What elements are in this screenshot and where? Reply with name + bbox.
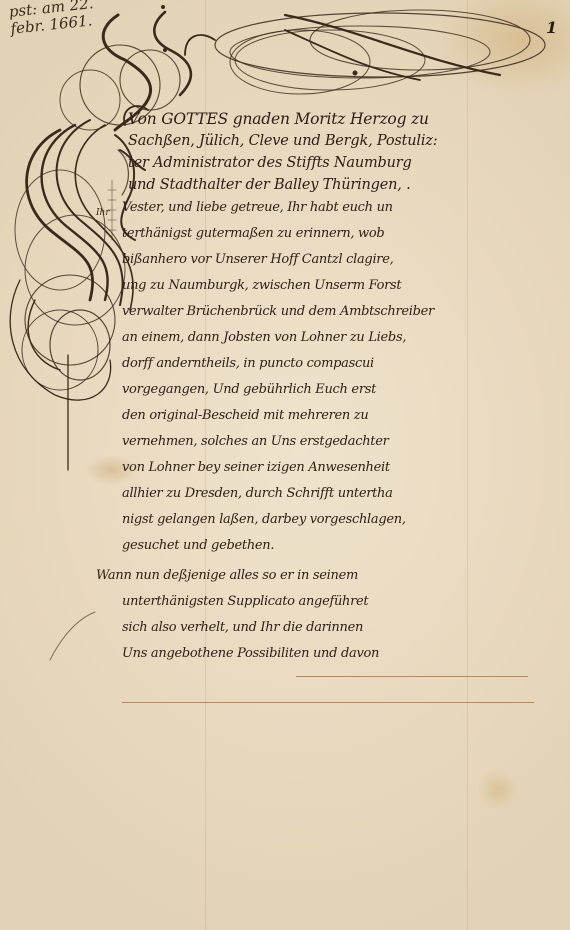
body-line: vernehmen, solches an Uns erstgedachter (122, 434, 389, 449)
red-underline (122, 702, 534, 703)
body-line: sich also verhelt, und Ihr die darinnen (122, 620, 363, 635)
body-line: Vester, und liebe getreue, Ihr habt euch… (122, 200, 393, 215)
heading-line: und Stadthalter der Balley Thüringen, . (128, 174, 548, 196)
heading-line: Sachßen, Jülich, Cleve und Bergk, Postul… (128, 130, 548, 152)
body-line: vorgegangen, Und gebührlich Euch erst (122, 382, 376, 397)
red-underline (296, 676, 528, 677)
body-line: von Lohner bey seiner izigen Anwesenheit (122, 460, 390, 475)
body-line: unterthänigsten Supplicato angeführet (122, 594, 368, 609)
folio-number: 1 (546, 18, 557, 37)
body-line: Wann nun deßjenige alles so er in seinem (96, 568, 358, 583)
body-line: terthänigst gutermaßen zu erinnern, wob (122, 226, 384, 241)
body-line: allhier zu Dresden, durch Schrifft unter… (122, 486, 393, 501)
letter-heading: Von GOTTES gnaden Moritz Herzog zu Sachß… (128, 108, 548, 196)
body-line: an einem, dann Jobsten von Lohner zu Lie… (122, 330, 406, 345)
body-line: nigst gelangen laßen, darbey vorgeschlag… (122, 512, 406, 527)
body-line: dorff anderntheils, in puncto compascui (122, 356, 374, 371)
body-line: ung zu Naumburgk, zwischen Unserm Forst (122, 278, 401, 293)
marginal-salutation: Ihr (96, 208, 110, 218)
body-line: den original-Bescheid mit mehreren zu (122, 408, 368, 423)
body-line: verwalter Brüchenbrück und dem Ambtschre… (122, 304, 434, 319)
body-line: Uns angebothene Possibiliten und davon (122, 646, 379, 661)
body-line: bißanhero vor Unserer Hoff Cantzl clagir… (122, 252, 393, 267)
heading-line: Von GOTTES gnaden Moritz Herzog zu (128, 108, 548, 130)
heading-line: ter Administrator des Stiffts Naumburg (128, 152, 548, 174)
body-line: gesuchet und gebethen. (122, 538, 274, 553)
manuscript-page: pst: am 22. febr. 1661. 1 Von GOTTES gna… (0, 0, 570, 930)
